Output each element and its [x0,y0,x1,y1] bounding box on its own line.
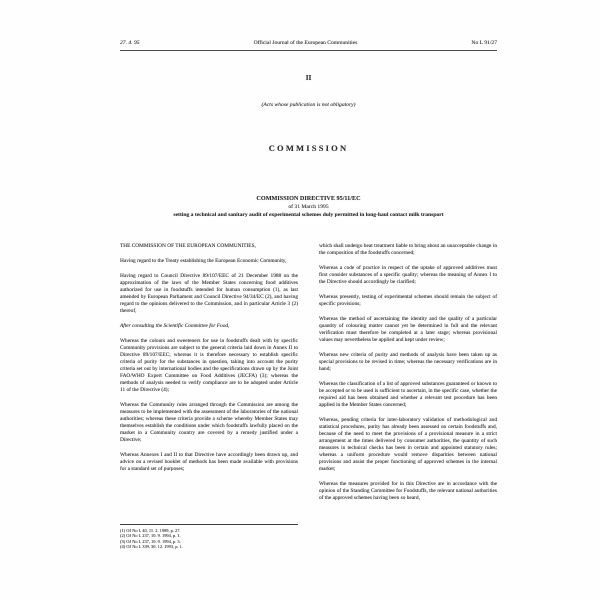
paragraph-whereas-4: Whereas a code of practice in respect of… [319,265,497,286]
paragraph-whereas-5: Whereas presently, testing of experiment… [319,294,497,308]
paragraph-whereas-2: Whereas the Community rules arranged thr… [120,402,298,444]
left-column: THE COMMISSION OF THE EUROPEAN COMMUNITI… [120,243,298,510]
header-rule [120,50,497,51]
section-heading: COMMISSION [120,143,497,153]
section-note: (Acts whose publication is not obligator… [120,102,497,109]
paragraph-whereas-3: Whereas Annexes I and II to that Directi… [120,452,298,473]
section-marker: II [120,73,497,82]
paragraph-whereas-9: Whereas, pending criteria for inter-labo… [319,417,497,473]
paragraph-continuation: which shall undergo heat treatment liabl… [319,243,497,257]
paragraph-having-regard-treaty: Having regard to the Treaty establishing… [120,258,298,265]
header-page-number: No L 91/27 [471,40,497,47]
footnotes-block: (1) OJ No L 40, 11. 2. 1989, p. 27. (2) … [120,524,298,550]
paragraph-whereas-final: Whereas the measures provided for in thi… [319,481,497,502]
directive-title: COMMISSION DIRECTIVE 95/11/EC [120,195,497,203]
directive-subtitle: setting a technical and sanitary audit o… [153,212,464,219]
paragraph-whereas-1: Whereas the colours and sweeteners for u… [120,338,298,394]
running-header: 27. 4. 95 Official Journal of the Europe… [120,40,497,47]
paragraph-opening: THE COMMISSION OF THE EUROPEAN COMMUNITI… [120,243,298,250]
paragraph-whereas-8: Whereas the classification of a list of … [319,381,497,409]
paragraph-whereas-7: Whereas new criteria of purity and metho… [319,352,497,373]
paragraph-having-regard-directive: Having regard to Council Directive 89/10… [120,273,298,315]
body-columns: THE COMMISSION OF THE EUROPEAN COMMUNITI… [120,243,497,510]
journal-page: 27. 4. 95 Official Journal of the Europe… [0,0,600,600]
header-date: 27. 4. 95 [120,40,140,47]
paragraph-whereas-6: Whereas the method of ascertaining the i… [319,316,497,344]
footnote-4: (4) OJ No L 339, 30. 12. 1993, p. 1. [120,544,298,550]
paragraph-after-consulting: After consulting the Scientific Committe… [120,323,298,330]
right-column: which shall undergo heat treatment liabl… [319,243,497,510]
directive-date: of 31 March 1995 [120,204,497,211]
header-journal-title: Official Journal of the European Communi… [254,40,358,47]
